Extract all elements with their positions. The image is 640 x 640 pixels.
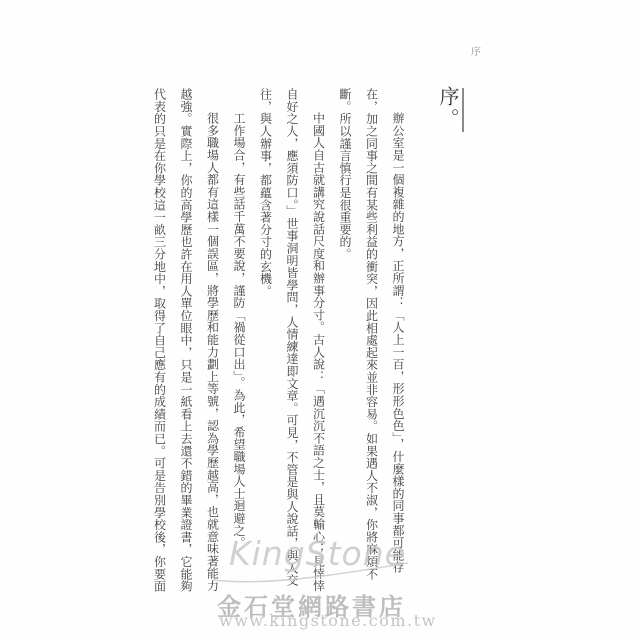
running-header: 序 xyxy=(471,43,482,58)
text-column-10: 代表的只是在你學校這一畝三分地中，取得了自己應有的成績而已。可是告別學校後，你要… xyxy=(146,88,173,593)
text-column-3: 斷。所以謹言慎行是很重要的。 xyxy=(332,88,359,593)
text-column-6: 往，與人辦事，都蘊含著分寸的玄機。 xyxy=(252,88,279,593)
body-text: 辦公室是一個複雜的地方，正所謂：「人上一百，形形色色」，什麼樣的同事都可能存 在… xyxy=(146,88,411,593)
title-divider-line xyxy=(462,88,464,132)
chapter-title-block: 序。 xyxy=(436,86,464,132)
text-column-5: 自好之人，應須防口。」世事洞明皆學問，人情練達即文章。可見，不管是與人說話，與人… xyxy=(279,88,306,593)
logo-swoosh-underline xyxy=(210,558,412,584)
text-column-4: 中國人自古就講究說話尺度和辦事分寸。古人說：「遇沉沉不語之士，且莫輸心；見悻悻 xyxy=(305,88,332,593)
store-url-watermark: www.kingstone.com.tw xyxy=(219,611,437,630)
text-column-7: 工作場合，有些話千萬不要說，謹防「禍從口出」。為此，希望職場人士迴避之。 xyxy=(226,88,253,593)
book-page-scan: 序 序。 辦公室是一個複雜的地方，正所謂：「人上一百，形形色色」，什麼樣的同事都… xyxy=(0,0,640,640)
text-column-8: 很多職場人都有這樣一個誤區，將學歷和能力劃上等號，認為學歷越高，也就意味著能力 xyxy=(199,88,226,593)
chapter-title: 序。 xyxy=(436,86,458,130)
text-column-1: 辦公室是一個複雜的地方，正所謂：「人上一百，形形色色」，什麼樣的同事都可能存 xyxy=(385,88,412,593)
text-column-2: 在，加之同事之間有某些利益的衝突，因此相處起來並非容易。如果遇人不淑，你將麻煩不 xyxy=(358,88,385,593)
text-column-9: 越強。實際上，你的高學歷也許在用人單位眼中，只是一紙看上去還不錯的畢業證書，它能… xyxy=(173,88,200,593)
